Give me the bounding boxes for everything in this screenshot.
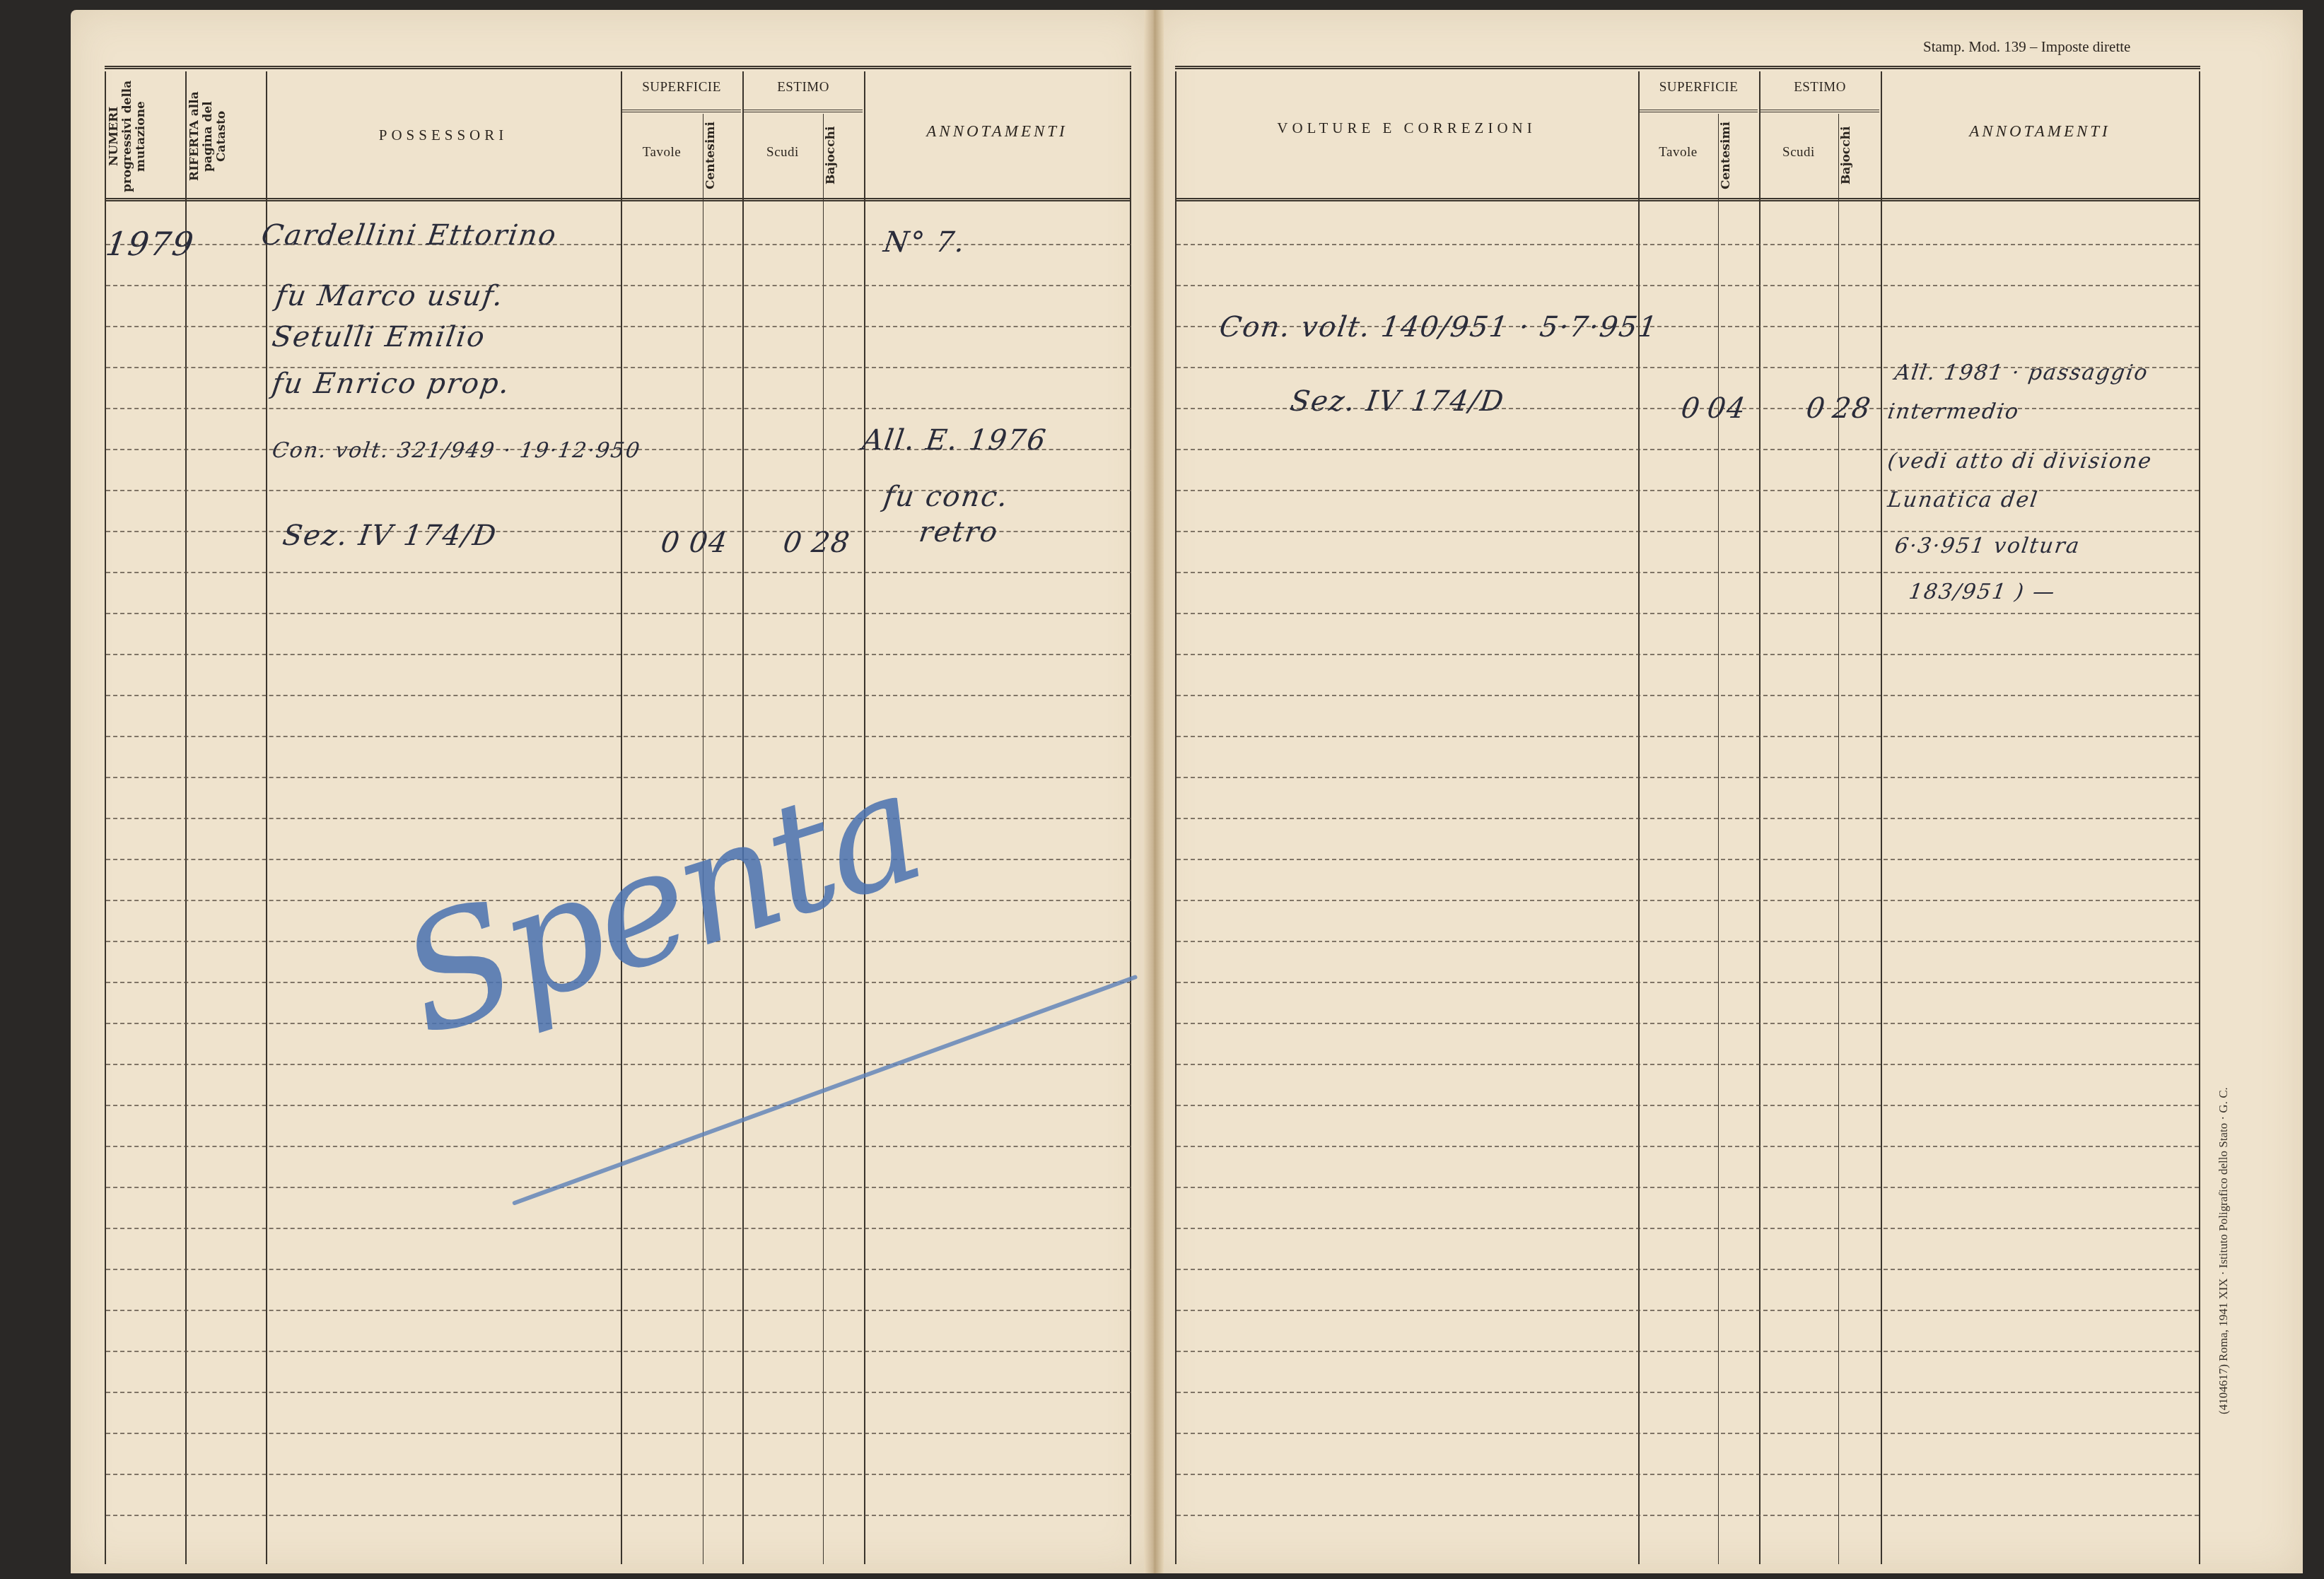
row-line xyxy=(106,1228,1131,1229)
row-line xyxy=(1176,490,2199,491)
row-line xyxy=(1176,1064,2199,1065)
row-line xyxy=(106,1023,1131,1024)
row-line xyxy=(106,572,1131,573)
row-line xyxy=(1176,1146,2199,1147)
row-line xyxy=(106,285,1131,286)
header-rule xyxy=(1175,198,2200,201)
annotamenti-line-4: Lunatica del xyxy=(1886,488,2040,512)
possessori-line-3: Setulli Emilio xyxy=(270,321,488,353)
header-tavole: Tavole xyxy=(1638,145,1718,160)
row-line xyxy=(106,777,1131,778)
row-line xyxy=(106,1351,1131,1352)
header-scudi: Scudi xyxy=(1759,145,1838,160)
header-annotamenti: ANNOTAMENTI xyxy=(864,122,1130,141)
sub-rule xyxy=(622,110,741,112)
row-line xyxy=(1176,244,2199,245)
annotamenti-line-2: intermedio xyxy=(1886,399,2021,424)
row-line xyxy=(106,613,1131,614)
annotamenti-line-1: N° 7. xyxy=(882,226,968,259)
row-line xyxy=(1176,1310,2199,1311)
row-line xyxy=(1176,1269,2199,1270)
row-line xyxy=(1176,695,2199,696)
possessori-line-4: fu Enrico prop. xyxy=(270,368,513,400)
row-line xyxy=(1176,654,2199,655)
annotamenti-line-2: All. E. 1976 xyxy=(860,424,1049,457)
row-line xyxy=(106,326,1131,327)
row-line xyxy=(1176,285,2199,286)
row-line xyxy=(1176,1105,2199,1106)
book-gutter xyxy=(1144,10,1164,1573)
right-ledger-table: VOLTURE E CORREZIONI SUPERFICIE Tavole C… xyxy=(1175,66,2200,1564)
row-line xyxy=(1176,818,2199,819)
sub-rule xyxy=(744,110,863,112)
header-volture: VOLTURE E CORREZIONI xyxy=(1175,119,1638,137)
row-line xyxy=(106,1392,1131,1393)
entry-number: 1979 xyxy=(103,225,197,263)
row-line xyxy=(106,1515,1131,1516)
row-line xyxy=(1176,1392,2199,1393)
row-line xyxy=(1176,777,2199,778)
sub-rule xyxy=(1760,110,1879,112)
row-line xyxy=(1176,613,2199,614)
row-line xyxy=(106,1064,1131,1065)
printer-imprint: (4104617) Roma, 1941 XIX · Istituto Poli… xyxy=(2217,1039,2238,1463)
row-line xyxy=(106,1187,1131,1188)
volture-line-1: Con. volt. 140/951 · 5·7·951 xyxy=(1218,311,1660,344)
header-tavole: Tavole xyxy=(621,145,703,160)
row-line xyxy=(106,695,1131,696)
sub-rule xyxy=(1640,110,1758,112)
row-line xyxy=(106,818,1131,819)
possessori-line-1: Cardellini Ettorino xyxy=(259,219,559,252)
header-superficie: SUPERFICIE xyxy=(621,80,742,95)
annotamenti-line-3: (vedi atto di divisione xyxy=(1886,449,2154,474)
row-line xyxy=(106,408,1131,409)
header-numeri: NUMERI progressivi della mutazione xyxy=(107,80,144,193)
col-line xyxy=(1718,114,1719,1564)
row-line xyxy=(1176,1228,2199,1229)
form-stamp: Stamp. Mod. 139 – Imposte dirette xyxy=(1923,38,2130,56)
annotamenti-line-6: 183/951 ) — xyxy=(1908,580,2057,604)
row-line xyxy=(1176,1187,2199,1188)
row-line xyxy=(106,1474,1131,1475)
annotamenti-line-1: All. 1981 · passaggio xyxy=(1893,360,2151,385)
row-line xyxy=(1176,859,2199,860)
row-line xyxy=(106,736,1131,737)
possessori-line-6: Sez. IV 174/D xyxy=(281,520,499,552)
header-scudi: Scudi xyxy=(742,145,823,160)
row-line xyxy=(1176,572,2199,573)
header-estimo: ESTIMO xyxy=(742,80,864,95)
row-line xyxy=(1176,900,2199,901)
centesimi-value: 04 xyxy=(687,527,730,559)
possessori-line-5: Con. volt. 321/949 · 19·12·950 xyxy=(271,438,643,463)
top-rule xyxy=(105,66,1131,69)
col-line xyxy=(1838,114,1839,1564)
volture-line-2: Sez. IV 174/D xyxy=(1288,385,1507,418)
possessori-line-2: fu Marco usuf. xyxy=(274,280,506,312)
header-bajocchi: Bajocchi xyxy=(824,117,863,194)
annotamenti-line-4: retro xyxy=(917,516,1001,548)
row-line xyxy=(1176,1474,2199,1475)
header-centesimi: Centesimi xyxy=(704,117,741,194)
centesimi-value: 04 xyxy=(1705,392,1748,425)
bajocchi-value: 28 xyxy=(810,527,853,559)
header-superficie: SUPERFICIE xyxy=(1638,80,1759,95)
row-line xyxy=(106,654,1131,655)
row-line xyxy=(1176,1515,2199,1516)
row-line xyxy=(1176,531,2199,532)
header-bajocchi: Bajocchi xyxy=(1840,117,1879,194)
row-line xyxy=(1176,736,2199,737)
row-line xyxy=(106,1146,1131,1147)
header-riferta: RIFERTA alla pagina del Catasto xyxy=(188,80,225,193)
header-rule xyxy=(105,198,1131,201)
row-line xyxy=(106,1105,1131,1106)
row-line xyxy=(1176,1023,2199,1024)
row-line xyxy=(1176,941,2199,942)
row-line xyxy=(106,1433,1131,1434)
row-line xyxy=(106,1310,1131,1311)
row-line xyxy=(1176,1433,2199,1434)
header-estimo: ESTIMO xyxy=(1759,80,1881,95)
header-centesimi: Centesimi xyxy=(1719,117,1758,194)
header-annotamenti: ANNOTAMENTI xyxy=(1881,122,2199,141)
top-rule xyxy=(1175,66,2200,69)
row-line xyxy=(1176,1351,2199,1352)
left-ledger-table: NUMERI progressivi della mutazione RIFER… xyxy=(105,66,1131,1564)
annotamenti-line-3: fu conc. xyxy=(882,481,1011,513)
annotamenti-line-5: 6·3·951 voltura xyxy=(1893,534,2082,558)
row-line xyxy=(106,367,1131,368)
row-line xyxy=(1176,982,2199,983)
bajocchi-value: 28 xyxy=(1830,392,1874,425)
col-line xyxy=(2199,71,2200,1564)
header-possessori: POSSESSORI xyxy=(266,127,621,144)
row-line xyxy=(106,1269,1131,1270)
